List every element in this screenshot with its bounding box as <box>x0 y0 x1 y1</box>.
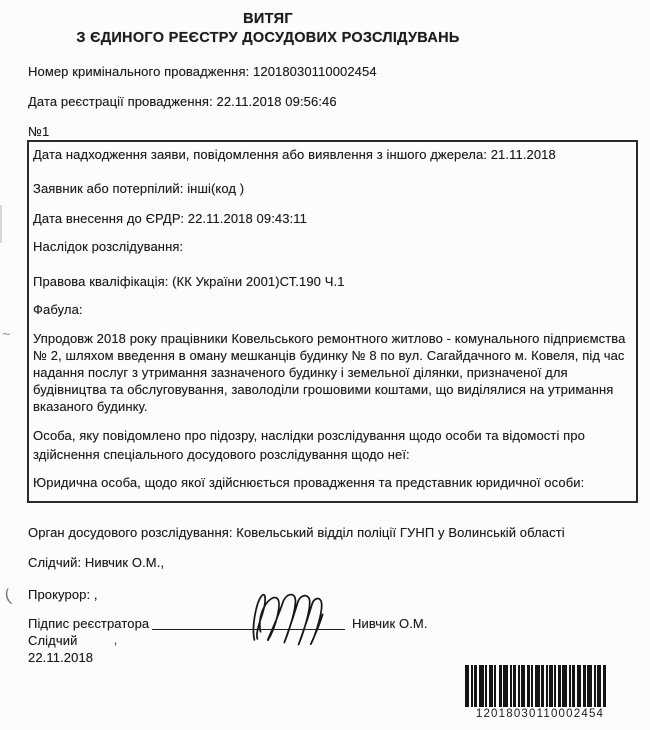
case-number-line: Номер кримінального провадження: 1201803… <box>28 64 377 79</box>
investigation-body-line: Орган досудового розслідування: Ковельсь… <box>28 525 565 540</box>
record-index: №1 <box>28 124 49 139</box>
document-title: ВИТЯГ З ЄДИНОГО РЕЄСТРУ ДОСУДОВИХ РОЗСЛІ… <box>0 10 536 48</box>
handwritten-signature <box>247 590 329 646</box>
record-box: Дата надходження заяви, повідомлення або… <box>27 140 638 503</box>
registration-date-line: Дата реєстрації провадження: 22.11.2018 … <box>28 94 337 109</box>
barcode-value: 12018030110002454 <box>465 708 615 720</box>
scan-artifact: ~ <box>2 326 11 343</box>
scan-artifact <box>0 205 2 243</box>
fabula-text: Упродовж 2018 року працівники Ковельсько… <box>33 330 633 415</box>
scan-artifact: ʼ <box>114 640 117 656</box>
investigation-result-line: Наслідок розслідування: <box>33 239 183 254</box>
scan-artifact: ( <box>3 586 13 607</box>
suspect-info-text: Особа, яку повідомлено про підозру, насл… <box>33 426 633 464</box>
erdr-date-line: Дата внесення до ЄРДР: 22.11.2018 09:43:… <box>33 211 307 226</box>
barcode: 12018030110002454 <box>465 665 615 720</box>
registrar-position: Слідчий <box>28 633 77 648</box>
registrar-name: Нивчик О.М. <box>352 616 428 631</box>
signature-date: 22.11.2018 <box>28 650 93 665</box>
registrar-signature-label: Підпис реєстратора <box>28 616 149 631</box>
barcode-bars <box>465 665 615 707</box>
prosecutor-line: Прокурор: , <box>28 587 98 602</box>
received-date-line: Дата надходження заяви, повідомлення або… <box>33 147 556 162</box>
title-line-2: З ЄДИНОГО РЕЄСТРУ ДОСУДОВИХ РОЗСЛІДУВАНЬ <box>0 29 536 48</box>
claimant-line: Заявник або потерпілий: інші(код ) <box>33 181 244 196</box>
investigator-line: Слідчий: Нивчик О.М., <box>28 555 164 570</box>
title-line-1: ВИТЯГ <box>0 10 536 29</box>
legal-qualification-line: Правова кваліфікація: (КК України 2001)С… <box>33 274 345 289</box>
fabula-label: Фабула: <box>33 302 83 317</box>
legal-entity-line: Юридична особа, щодо якої здійснюється п… <box>33 475 633 490</box>
